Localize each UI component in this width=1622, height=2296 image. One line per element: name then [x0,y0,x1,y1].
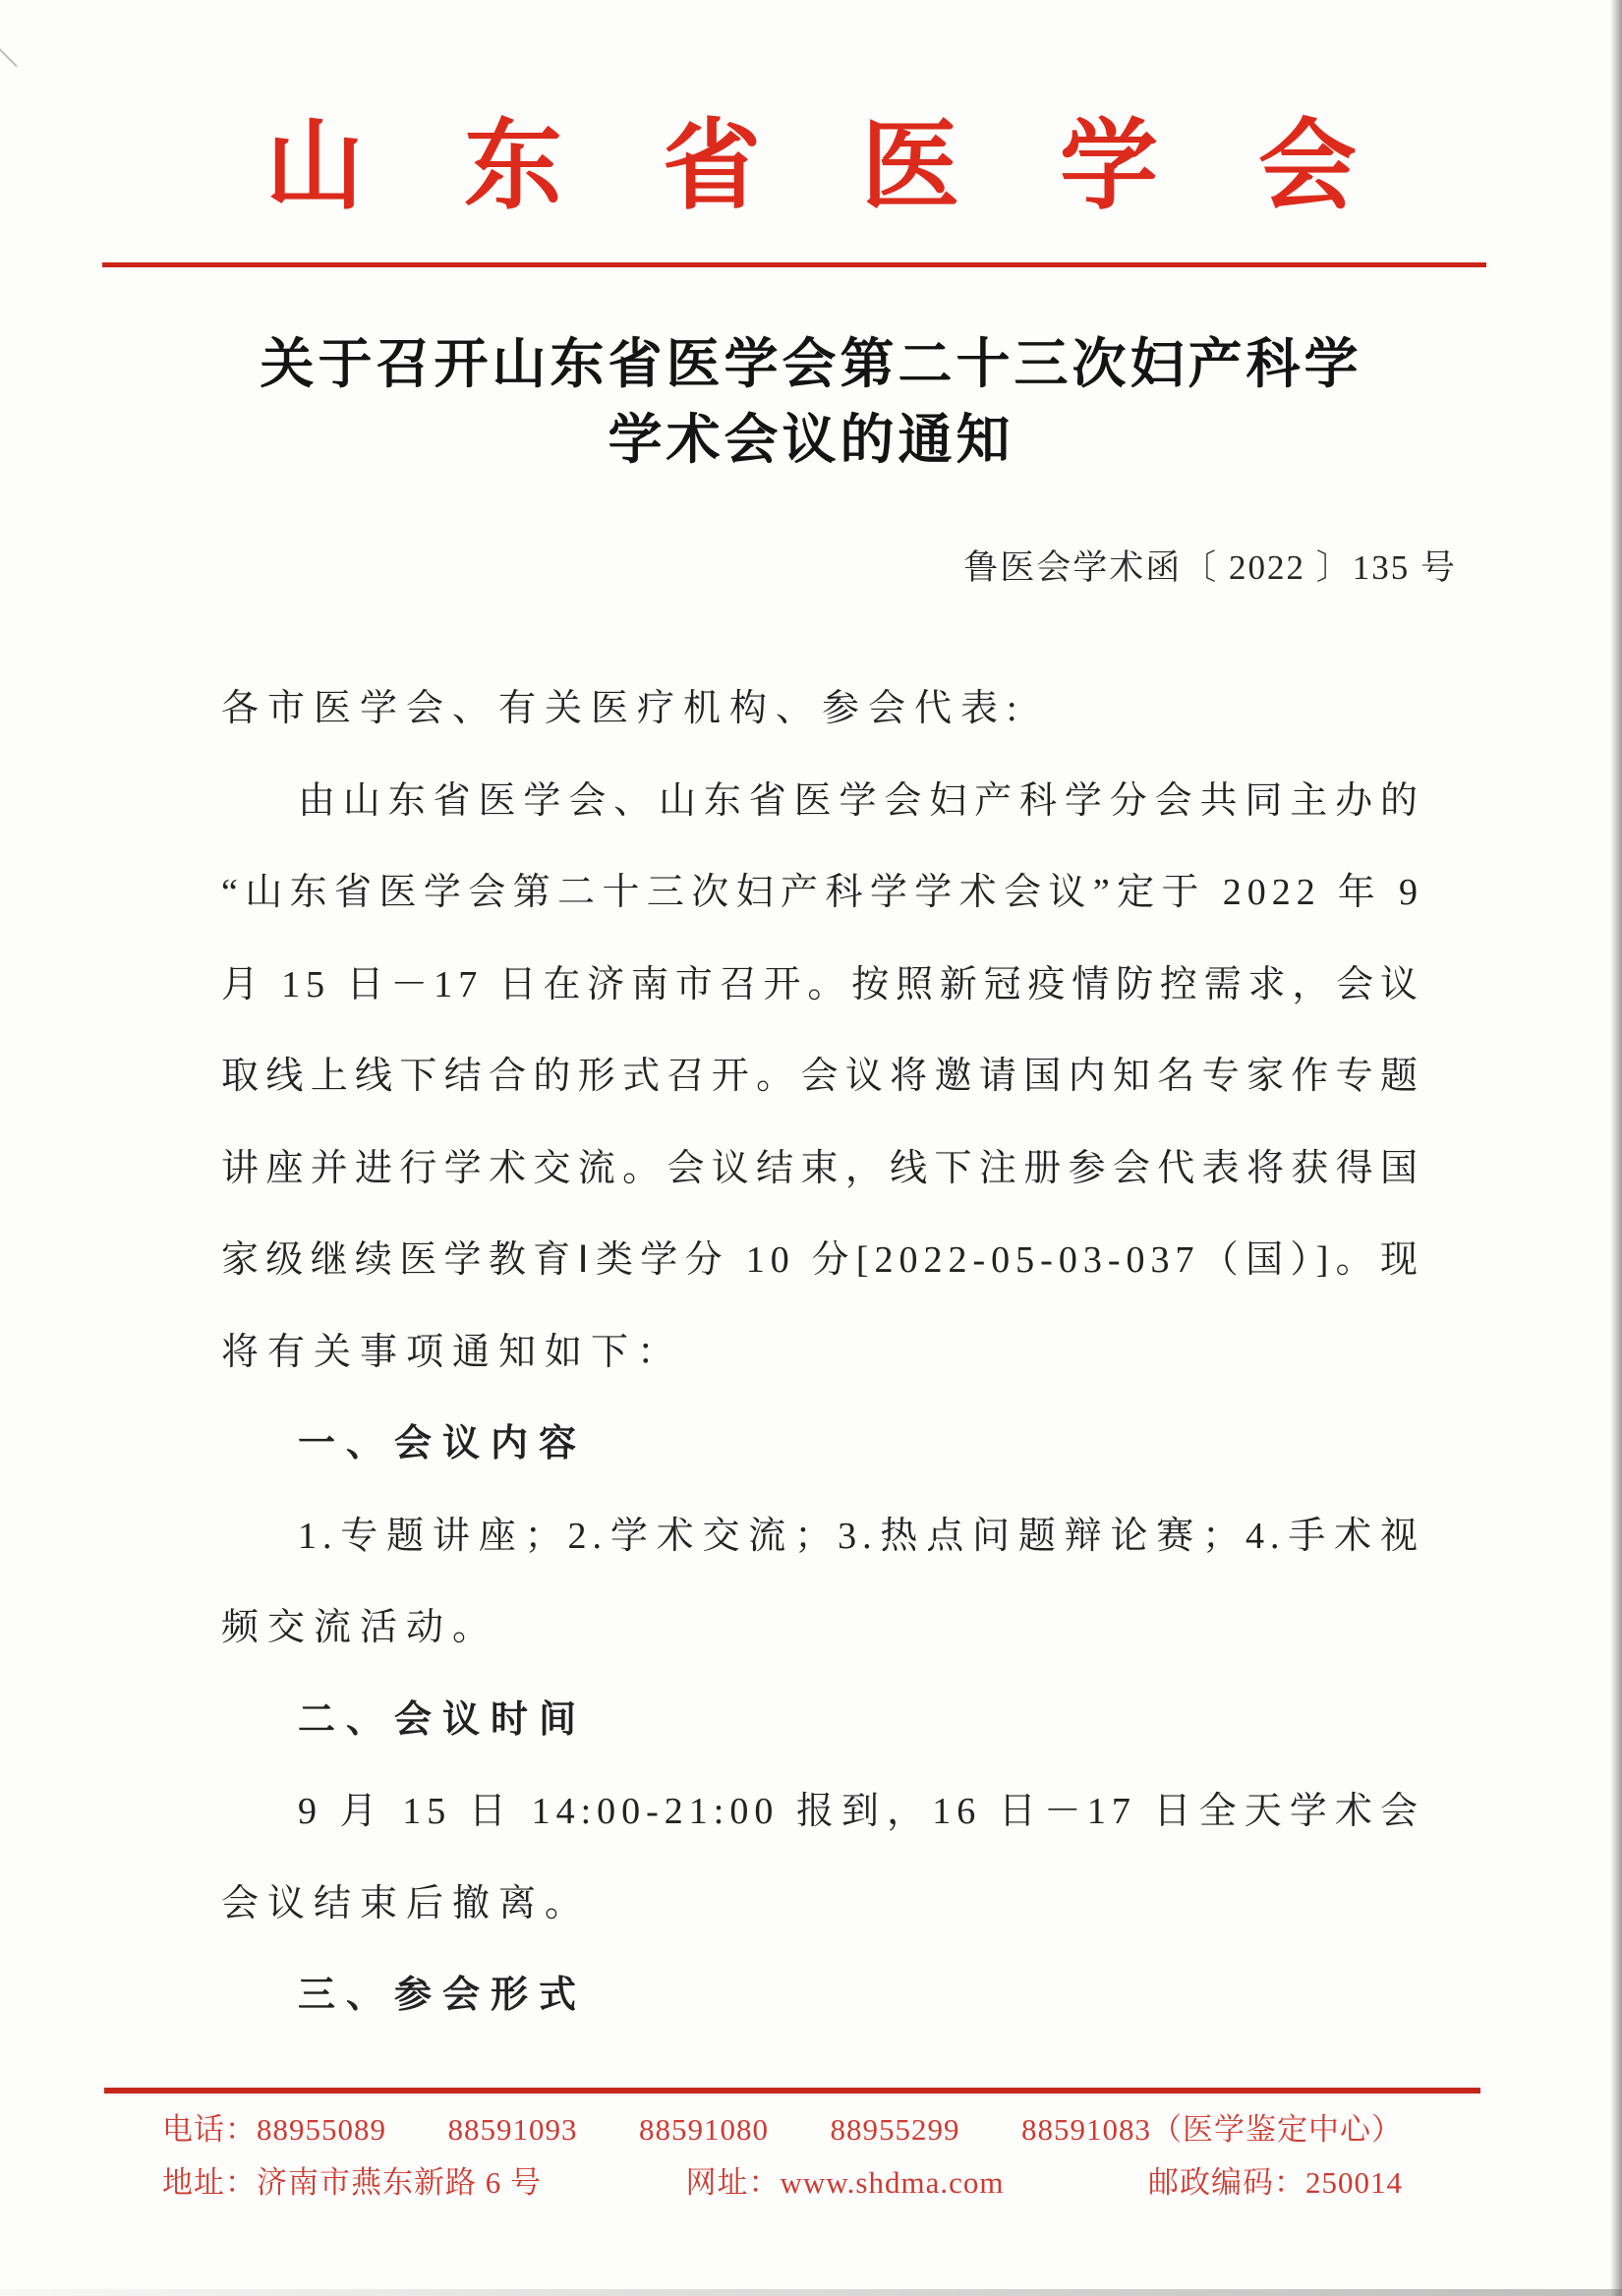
footer-item: 邮政编码：250014 [1148,2156,1403,2210]
body-line: 月 15 日－17 日在济南市召开。按照新冠疫情防控需求，会议采 [221,940,1423,1032]
letterhead-org-name: 山东省医学会 [50,103,1622,231]
scan-corner-artifact [0,0,66,67]
footer-item: 88955299 [831,2103,960,2156]
section-heading: 二、会议时间 [221,1675,1423,1767]
footer-line-address: 地址：济南市燕东新路 6 号网址：www.shdma.com邮政编码：25001… [162,2156,1403,2210]
scan-right-edge-shadow [1610,0,1622,2296]
body-line: 讲座并进行学术交流。会议结束，线下注册参会代表将获得国 [221,1123,1423,1216]
footer-item: 88591093 [448,2103,578,2156]
letterhead-rule [102,262,1486,267]
scan-bottom-edge-shadow [0,2289,1622,2296]
footer-item: 88591083（医学鉴定中心） [1021,2103,1403,2156]
section-heading: 三、参会形式 [221,1950,1423,2042]
footer-contact-block: 电话：8895508988591093885910808895529988591… [162,2103,1403,2210]
body-line: 家级继续医学教育Ⅰ类学分 10 分[2022-05-03-037（国）]。现 [221,1215,1423,1307]
body-line: 频交流活动。 [221,1582,1423,1675]
document-title-line1: 关于召开山东省医学会第二十三次妇产科学 [0,326,1622,402]
footer-item: 88591080 [639,2103,769,2156]
body-line: 将有关事项通知如下： [221,1307,1423,1400]
footer-item: 网址：www.shdma.com [686,2156,1005,2210]
footer-line-phones: 电话：8895508988591093885910808895529988591… [162,2103,1403,2156]
body-line: 由山东省医学会、山东省医学会妇产科学分会共同主办的 [221,756,1423,848]
body-line: 取线上线下结合的形式召开。会议将邀请国内知名专家作专题 [221,1031,1423,1123]
footer-rule [104,2088,1480,2094]
body-line: 9 月 15 日 14:00-21:00 报到，16 日－17 日全天学术会议， [221,1766,1423,1859]
footer-item: 电话：88955089 [162,2103,386,2156]
doc-reference-number: 鲁医会学术函〔 2022 〕135 号 [0,541,1622,590]
section-heading: 一、会议内容 [221,1399,1423,1491]
document-title: 关于召开山东省医学会第二十三次妇产科学 学术会议的通知 [0,326,1622,478]
body-line: 会议结束后撤离。 [221,1859,1423,1951]
scanned-document-page: 山东省医学会 关于召开山东省医学会第二十三次妇产科学 学术会议的通知 鲁医会学术… [0,0,1622,2296]
footer-item: 地址：济南市燕东新路 6 号 [162,2156,542,2210]
document-body: 各市医学会、有关医疗机构、参会代表:由山东省医学会、山东省医学会妇产科学分会共同… [0,663,1622,2042]
body-line: “山东省医学会第二十三次妇产科学学术会议”定于 2022 年 9 [221,847,1423,940]
document-title-line2: 学术会议的通知 [0,402,1622,478]
body-line: 1.专题讲座；2.学术交流；3.热点问题辩论赛；4.手术视 [221,1491,1423,1583]
body-line: 各市医学会、有关医疗机构、参会代表: [221,663,1423,756]
